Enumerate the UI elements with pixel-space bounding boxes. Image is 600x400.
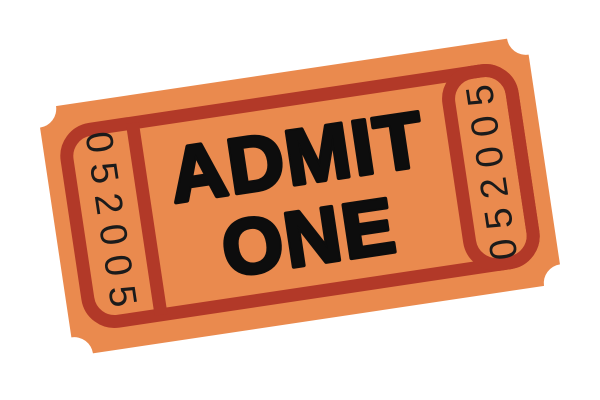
admission-ticket: 052005 ADMIT ONE 052005: [16, 14, 585, 377]
ticket-clipart-canvas: 052005 ADMIT ONE 052005: [0, 0, 600, 400]
admission-ticket-graphic: 052005 ADMIT ONE 052005: [0, 0, 600, 400]
